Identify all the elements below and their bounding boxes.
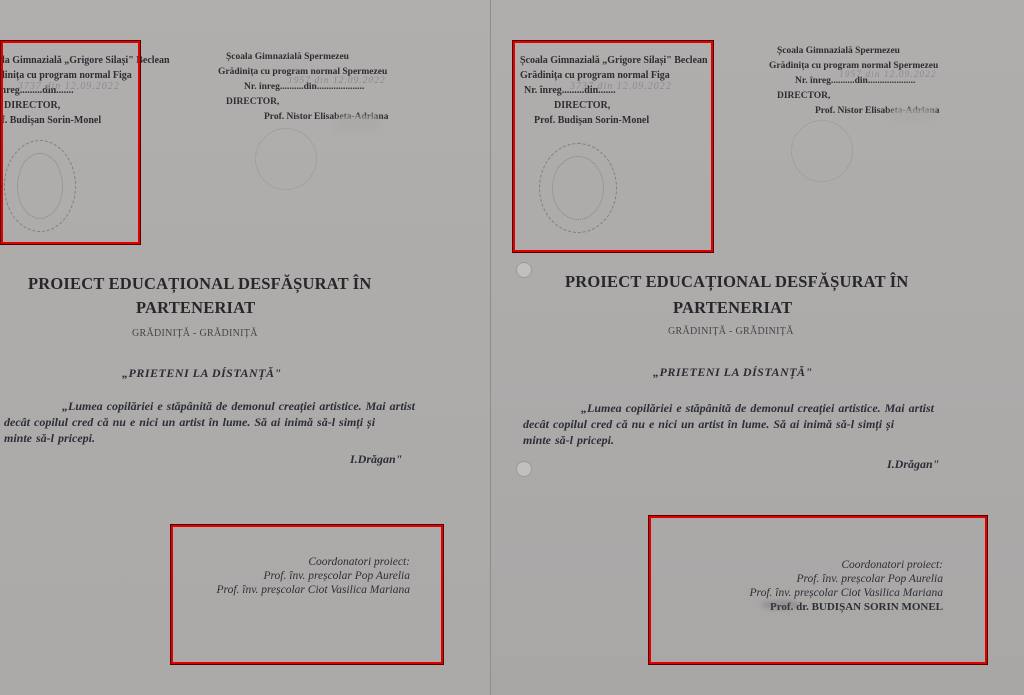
right-header-box [513,41,713,252]
school-name: Școala Gimnazială Spermezeu [218,51,388,66]
handwritten-registration: 1957 din 12.09.2022 [288,75,386,88]
left-header-box [1,41,140,244]
director-label: DIRECTOR, [218,96,388,111]
project-name: „PRIETENI LA DÍSTANȚĂ" [122,366,282,381]
header-spermezeu: Școala Gimnazială Spermezeu Grădinița cu… [218,51,388,126]
left-coordinators-box [171,525,443,664]
document-page-left: Școala Gimnazială „Grigore Silași" Becle… [0,0,490,695]
document-title-line2: PARTENERIAT [136,298,255,318]
quote-author: I.Drăgan" [887,457,939,472]
project-name: „PRIETENI LA DÍSTANȚĂ" [653,365,813,380]
redacted-smudge [338,116,378,130]
document-title-line1: PROIECT EDUCAȚIONAL DESFĂȘURAT ÎN [28,274,372,294]
faint-stamp [255,128,317,190]
handwritten-registration: 1957 din 12.09.2022 [839,69,937,82]
director-label: DIRECTOR, [769,90,939,105]
document-subtitle: GRĂDINIȚĂ - GRĂDINIȚĂ [132,328,258,339]
quote: „Lumea copilăriei e stăpânită de demonul… [523,400,934,448]
school-name: Școala Gimnazială Spermezeu [769,45,939,60]
document-title-line2: PARTENERIAT [673,298,792,318]
redacted-smudge [891,108,935,122]
quote: „Lumea copilăriei e stăpânită de demonul… [4,398,415,446]
document-subtitle: GRĂDINIȚĂ - GRĂDINIȚĂ [668,326,794,337]
document-page-right: Școala Gimnazială „Grigore Silași" Becle… [490,0,1024,695]
quote-author: I.Drăgan" [350,452,402,467]
right-coordinators-box [649,516,987,664]
document-title-line1: PROIECT EDUCAȚIONAL DESFĂȘURAT ÎN [565,272,909,292]
registration-line: Nr. înreg..........din..................… [218,81,388,96]
punch-hole [516,262,532,278]
faint-stamp [791,120,853,182]
registration-line: Nr. înreg..........din..................… [769,75,939,90]
punch-hole [516,461,532,477]
